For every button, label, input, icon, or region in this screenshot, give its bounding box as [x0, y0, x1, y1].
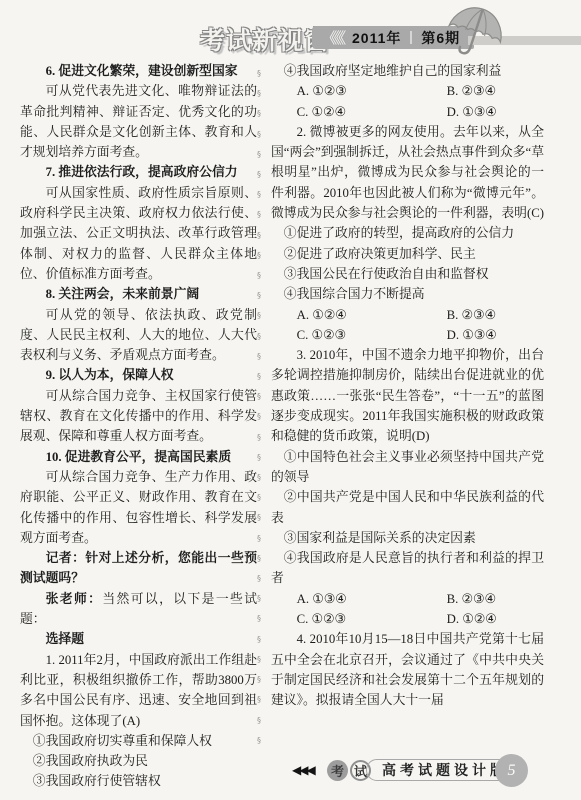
paragraph: 1. 2011年2月，中国政府派出工作组赴利比亚，积极组织撤侨工作，帮助3800… [20, 650, 257, 731]
dialog-line: 张老师：当然可以，以下是一些试题： [20, 589, 257, 630]
choice-b: D. ①③④ [447, 102, 544, 122]
option-item: ④我国政府是人民意旨的执行者和利益的捍卫者 [271, 548, 544, 589]
choice-a: A. ①②④ [297, 305, 447, 325]
paragraph: 可从国家性质、政府性质宗旨原则、政府科学民主决策、政府权力依法行使、加强立法、公… [20, 183, 257, 284]
option-item: ②中国共产党是中国人民和中华民族利益的代表 [271, 487, 544, 528]
paragraph: 3. 2010年，中国不遗余力地平抑物价，出台多轮调控措施抑制房价，陆续出台促进… [271, 345, 544, 446]
heading: 选择题 [20, 629, 257, 649]
footer-arrows-icon: ◀◀◀ [292, 763, 314, 777]
choice-row: A. ①②④B. ②③④ [271, 305, 544, 325]
speaker-label: 张老师： [46, 592, 103, 606]
option-item: ①我国政府切实尊重和保障人权 [20, 731, 257, 751]
footer-logo-kao: 考 [327, 760, 348, 781]
choice-b: B. ②③④ [447, 589, 544, 609]
choice-b: D. ①③④ [447, 325, 544, 345]
umbrella-icon [443, 4, 509, 62]
choice-b: B. ②③④ [447, 81, 544, 101]
heading: 8. 关注两会，未来前景广阔 [20, 284, 257, 304]
page-number: 5 [495, 754, 528, 787]
heading: 10. 促进教育公平，提高国民素质 [20, 447, 257, 467]
option-item: ①中国特色社会主义事业必须坚持中国共产党的领导 [271, 447, 544, 488]
choice-a: A. ①②③ [297, 81, 447, 101]
choice-a: C. ①②③ [297, 609, 447, 629]
speaker-label: 记者： [46, 551, 86, 565]
option-item: ③国家利益是国际关系的决定因素 [271, 528, 544, 548]
paragraph: 可从党代表先进文化、唯物辩证法的革命批判精神、辩证否定、优秀文化的功能、人民群众… [20, 81, 257, 162]
option-item: ④我国政府坚定地维护自己的国家利益 [271, 61, 544, 81]
option-item: ①促进了政府的转型，提高政府的公信力 [271, 223, 544, 243]
right-column: ④我国政府坚定地维护自己的国家利益A. ①②③B. ②③④C. ①②④D. ①③… [271, 61, 544, 711]
magazine-title: 考试新视窗 [200, 21, 330, 57]
paragraph: 可从综合国力竞争、主权国家行使管辖权、教育在文化传播中的作用、科学发展观、保障和… [20, 386, 257, 447]
choice-row: C. ①②④D. ①③④ [271, 102, 544, 122]
dialog-line: 记者：针对上述分析，您能出一些预测试题吗？ [20, 548, 257, 589]
heading: 7. 推进依法行政，提高政府公信力 [20, 162, 257, 182]
paragraph: 4. 2010年10月15—18日中国共产党第十七届五中全会在北京召开，会议通过… [271, 629, 544, 710]
choice-row: A. ①②③B. ②③④ [271, 81, 544, 101]
choice-b: D. ①②④ [447, 609, 544, 629]
left-column: 6. 促进文化繁荣，建设创新型国家可从党代表先进文化、唯物辩证法的革命批判精神、… [20, 61, 257, 792]
option-item: ②促进了政府决策更加科学、民主 [271, 244, 544, 264]
page-footer: ◀◀◀ 考 试 高考试题设计版 5 [0, 752, 581, 792]
paragraph: 2. 微博被更多的网友使用。去年以来，从全国“两会”到强制拆迁，从社会热点事件到… [271, 122, 544, 223]
choice-a: A. ①③④ [297, 589, 447, 609]
paragraph: 可从党的领导、依法执政、政党制度、人民民主权利、人大的地位、人大代表权利与义务、… [20, 305, 257, 366]
choice-row: A. ①③④B. ②③④ [271, 589, 544, 609]
chevrons-icon: 《《《 [322, 27, 343, 48]
heading: 6. 促进文化繁荣，建设创新型国家 [20, 61, 257, 81]
option-item: ③我国公民在行使政治自由和监督权 [271, 264, 544, 284]
issue-divider [410, 31, 412, 44]
issue-year: 2011年 [352, 28, 401, 48]
choice-row: C. ①②③D. ①③④ [271, 325, 544, 345]
choice-a: C. ①②③ [297, 325, 447, 345]
heading: 9. 以人为本，保障人权 [20, 365, 257, 385]
choice-b: B. ②③④ [447, 305, 544, 325]
option-item: ④我国综合国力不断提高 [271, 284, 544, 304]
choice-row: C. ①②③D. ①②④ [271, 609, 544, 629]
paragraph: 可从综合国力竞争、生产力作用、政府职能、公平正义、财政作用、教育在文化传播中的作… [20, 467, 257, 548]
column-divider: § § § § § § § § § § § § § § § § § § § § … [253, 64, 265, 756]
choice-a: C. ①②④ [297, 102, 447, 122]
magazine-page: 考试新视窗 《《《 2011年 第6期 6. 促进文化繁荣，建设创新型国家可从党… [0, 0, 581, 800]
